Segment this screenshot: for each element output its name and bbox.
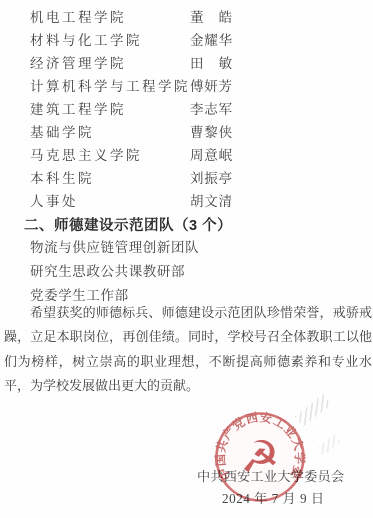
official-seal: 中国共产党西安工业大学委员会 ☭ bbox=[214, 411, 306, 503]
department-name: 机电工程学院 bbox=[30, 6, 190, 29]
table-row: 基础学院 曹黎侠 bbox=[30, 121, 233, 144]
scanned-document-page: 机电工程学院 董 皓 材料与化工学院 金耀华 经济管理学院 田 敏 计算机科学与… bbox=[0, 0, 373, 518]
closing-paragraph: 希望获奖的师德标兵、师德建设示范团队珍惜荣誉，戒骄戒躁，立足本职岗位，再创佳绩。… bbox=[4, 301, 372, 399]
awardee-name: 胡文清 bbox=[190, 190, 233, 213]
table-row: 机电工程学院 董 皓 bbox=[30, 6, 233, 29]
awardee-name: 董 皓 bbox=[190, 6, 233, 29]
table-row: 本科生院 刘振亭 bbox=[30, 167, 233, 190]
hammer-sickle-icon: ☭ bbox=[240, 432, 279, 483]
department-name: 建筑工程学院 bbox=[30, 98, 190, 121]
table-row: 计算机科学与工程学院 傅妍芳 bbox=[30, 75, 233, 98]
awardee-name: 傅妍芳 bbox=[190, 75, 233, 98]
department-name: 材料与化工学院 bbox=[30, 29, 190, 52]
list-item: 研究生思政公共课教研部 bbox=[30, 260, 199, 284]
department-name: 本科生院 bbox=[30, 167, 190, 190]
awardee-name: 刘振亭 bbox=[190, 167, 233, 190]
table-row: 材料与化工学院 金耀华 bbox=[30, 29, 233, 52]
department-name: 马克思主义学院 bbox=[30, 144, 190, 167]
table-row: 经济管理学院 田 敏 bbox=[30, 52, 233, 75]
awardee-name: 金耀华 bbox=[190, 29, 233, 52]
table-row: 建筑工程学院 李志军 bbox=[30, 98, 233, 121]
awardee-name: 曹黎侠 bbox=[190, 121, 233, 144]
awardee-name: 田 敏 bbox=[190, 52, 233, 75]
department-name: 基础学院 bbox=[30, 121, 190, 144]
department-name: 计算机科学与工程学院 bbox=[30, 75, 190, 98]
section-two-heading: 二、师德建设示范团队（3 个） bbox=[24, 214, 232, 235]
award-roster: 机电工程学院 董 皓 材料与化工学院 金耀华 经济管理学院 田 敏 计算机科学与… bbox=[30, 6, 233, 213]
table-row: 人事处 胡文清 bbox=[30, 190, 233, 213]
awardee-name: 李志军 bbox=[190, 98, 233, 121]
ink-bleed-mark bbox=[317, 434, 340, 455]
department-name: 经济管理学院 bbox=[30, 52, 190, 75]
team-list: 物流与供应链管理创新团队 研究生思政公共课教研部 党委学生工作部 bbox=[30, 236, 199, 307]
department-name: 人事处 bbox=[30, 190, 190, 213]
table-row: 马克思主义学院 周意岷 bbox=[30, 144, 233, 167]
awardee-name: 周意岷 bbox=[190, 144, 233, 167]
list-item: 物流与供应链管理创新团队 bbox=[30, 236, 199, 260]
